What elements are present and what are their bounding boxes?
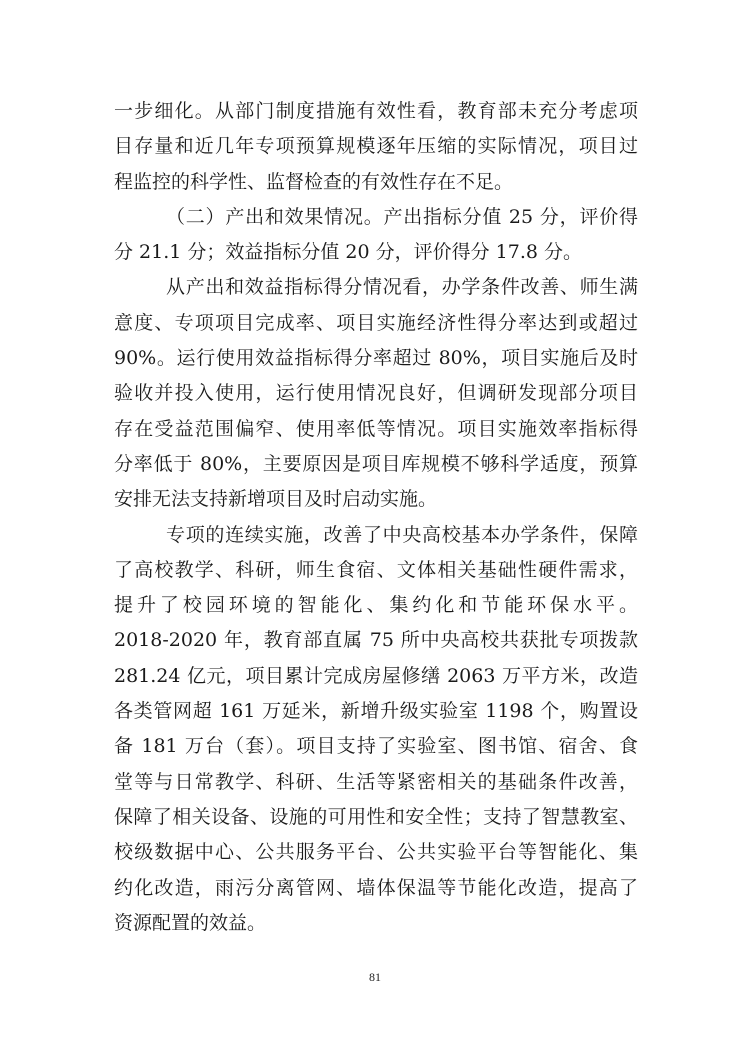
text-line: 程监控的科学性、监督检查的有效性存在不足。: [114, 165, 638, 200]
text-line: 各类管网超 161 万延米，新增升级实验室 1198 个，购置设: [114, 694, 638, 729]
text-line: 目存量和近几年专项预算规模逐年压缩的实际情况，项目过: [114, 129, 638, 164]
text-line: 意度、专项项目完成率、项目实施经济性得分率达到或超过: [114, 306, 638, 341]
text-line: 2018-2020 年，教育部直属 75 所中央高校共获批专项拨款: [114, 623, 638, 658]
text-line: 提升了校园环境的智能化、集约化和节能环保水平。: [114, 588, 638, 623]
text-line: 分 21.1 分；效益指标分值 20 分，评价得分 17.8 分。: [114, 235, 638, 270]
text-line: 了高校教学、科研，师生食宿、文体相关基础性硬件需求，: [114, 553, 638, 588]
text-line: 约化改造，雨污分离管网、墙体保温等节能化改造，提高了: [114, 871, 638, 906]
text-line: 备 181 万台（套）。项目支持了实验室、图书馆、宿舍、食: [114, 729, 638, 764]
text-line: 保障了相关设备、设施的可用性和安全性；支持了智慧教室、: [114, 800, 638, 835]
text-line: 校级数据中心、公共服务平台、公共实验平台等智能化、集: [114, 835, 638, 870]
text-line: 90%。运行使用效益指标得分率超过 80%，项目实施后及时: [114, 341, 638, 376]
text-line: 存在受益范围偏窄、使用率低等情况。项目实施效率指标得: [114, 412, 638, 447]
text-line: 分率低于 80%，主要原因是项目库规模不够科学适度，预算: [114, 447, 638, 482]
text-line: 资源配置的效益。: [114, 906, 638, 941]
text-line: 安排无法支持新增项目及时启动实施。: [114, 482, 638, 517]
page-number: 81: [0, 970, 750, 985]
text-line: 堂等与日常教学、科研、生活等紧密相关的基础条件改善，: [114, 765, 638, 800]
document-page: 一步细化。从部门制度措施有效性看，教育部未充分考虑项 目存量和近几年专项预算规模…: [0, 0, 750, 1060]
text-line: 一步细化。从部门制度措施有效性看，教育部未充分考虑项: [114, 94, 638, 129]
text-line: 从产出和效益指标得分情况看，办学条件改善、师生满: [114, 270, 638, 305]
text-line: 专项的连续实施，改善了中央高校基本办学条件，保障: [114, 518, 638, 553]
text-line: 验收并投入使用，运行使用情况良好，但调研发现部分项目: [114, 376, 638, 411]
section-heading-line: （二）产出和效果情况。产出指标分值 25 分，评价得: [114, 200, 638, 235]
text-line: 281.24 亿元，项目累计完成房屋修缮 2063 万平方米，改造: [114, 659, 638, 694]
body-text: 一步细化。从部门制度措施有效性看，教育部未充分考虑项 目存量和近几年专项预算规模…: [114, 94, 638, 941]
